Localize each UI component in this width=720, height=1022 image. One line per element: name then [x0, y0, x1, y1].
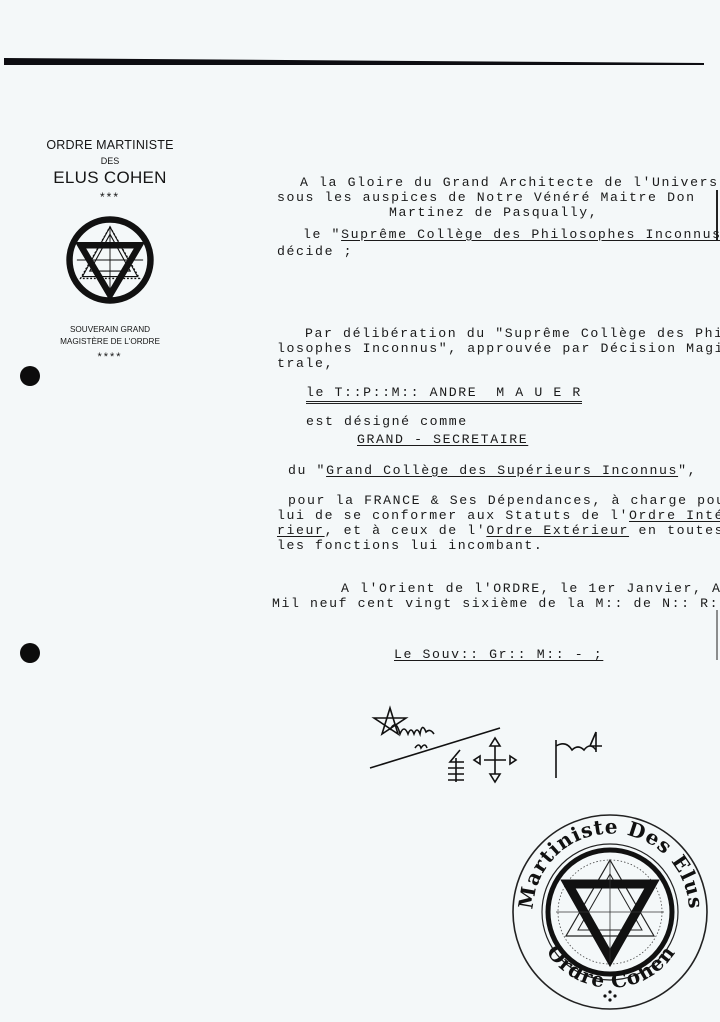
order-name: ORDRE MARTINISTE [20, 138, 200, 152]
hexagram-circle-icon [64, 214, 156, 306]
office-title: GRAND - SECRETAIRE [357, 432, 528, 448]
letterhead: ORDRE MARTINISTE DES ELUS COHEN *** SOUV… [20, 138, 200, 363]
signatory-line: Le Souv:: Gr:: M:: - ; [394, 647, 603, 663]
deliberation-line: losophes Inconnus", approuvée par Décisi… [277, 341, 720, 357]
stars-top: *** [20, 190, 200, 204]
duties-line: lui de se conformer aux Statuts de l'Ord… [277, 508, 720, 524]
deliberation-line: trale, [277, 356, 334, 372]
designated-text: est désigné comme [306, 414, 468, 430]
magistere-label: MAGISTÈRE DE L'ORDRE [20, 337, 200, 346]
deliberation-line: Par délibération du "Suprême Collège des… [305, 326, 720, 342]
appointee-name: le T::P::M:: ANDRE M A U E R [306, 385, 582, 404]
seal-hexagram-icon: Martiniste Des Elus Ordre Cohen [510, 812, 710, 1012]
top-rule-line [4, 56, 704, 66]
grand-college-line: du "Grand Collège des Supérieurs Inconnu… [288, 463, 697, 479]
college-name: Suprême Collège des Philosophes Inconnus [341, 227, 720, 242]
college-line: le "Suprême Collège des Philosophes Inco… [303, 227, 720, 243]
date-line: A l'Orient de l'ORDRE, le 1er Janvier, A… [341, 581, 720, 597]
punch-hole [20, 643, 40, 663]
invocation-line: sous les auspices de Notre Vénéré Maitre… [277, 190, 696, 206]
date-line: Mil neuf cent vingt sixième de la M:: de… [272, 596, 720, 612]
invocation-line: Martinez de Pasqually, [389, 205, 598, 221]
stars-bottom: **** [20, 351, 200, 363]
appointee-line: le T::P::M:: ANDRE M A U E R [306, 385, 582, 401]
decides-text: décide ; [277, 244, 353, 260]
sovereign-label: SOUVERAIN GRAND [20, 325, 200, 334]
duties-line: rieur, et à ceux de l'Ordre Extérieur en… [277, 523, 720, 539]
order-title: ELUS COHEN [20, 168, 200, 188]
duties-line: pour la FRANCE & Ses Dépendances, à char… [288, 493, 720, 509]
edge-mark [716, 610, 718, 660]
grand-college-name: Grand Collège des Supérieurs Inconnus [326, 463, 678, 478]
invocation-line: A la Gloire du Grand Architecte de l'Uni… [300, 175, 720, 191]
order-des: DES [20, 156, 200, 166]
punch-hole [20, 366, 40, 386]
duties-line: les fonctions lui incombant. [277, 538, 543, 554]
handwritten-signature-icon [360, 700, 660, 800]
